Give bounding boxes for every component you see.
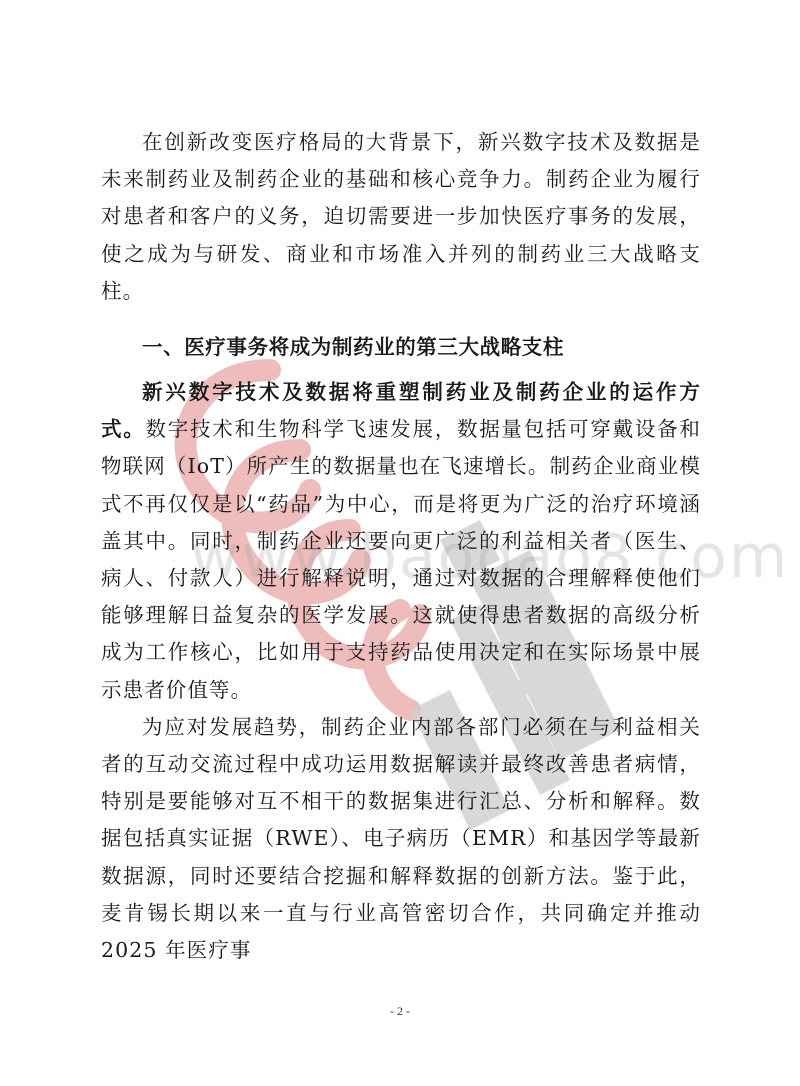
document-page: www.baogao8.com 在创新改变医疗格局的大背景下，新兴数字技术及数据… (0, 0, 800, 1086)
paragraph-3: 为应对发展趋势，制药企业内部各部门必须在与利益相关者的互动交流过程中成功运用数据… (101, 709, 701, 969)
intro-paragraph: 在创新改变医疗格局的大背景下，新兴数字技术及数据是未来制药业及制药企业的基础和核… (101, 124, 701, 310)
page-number: - 2 - (0, 1004, 800, 1019)
paragraph-2-body: 数字技术和生物科学飞速发展，数据量包括可穿戴设备和物联网（IoT）所产生的数据量… (101, 417, 701, 701)
section-heading: 一、医疗事务将成为制药业的第三大战略支柱 (101, 332, 701, 362)
document-body: 在创新改变医疗格局的大背景下，新兴数字技术及数据是未来制药业及制药企业的基础和核… (101, 124, 701, 969)
paragraph-2: 新兴数字技术及数据将重塑制药业及制药企业的运作方式。数字技术和生物科学飞速发展，… (101, 374, 701, 709)
